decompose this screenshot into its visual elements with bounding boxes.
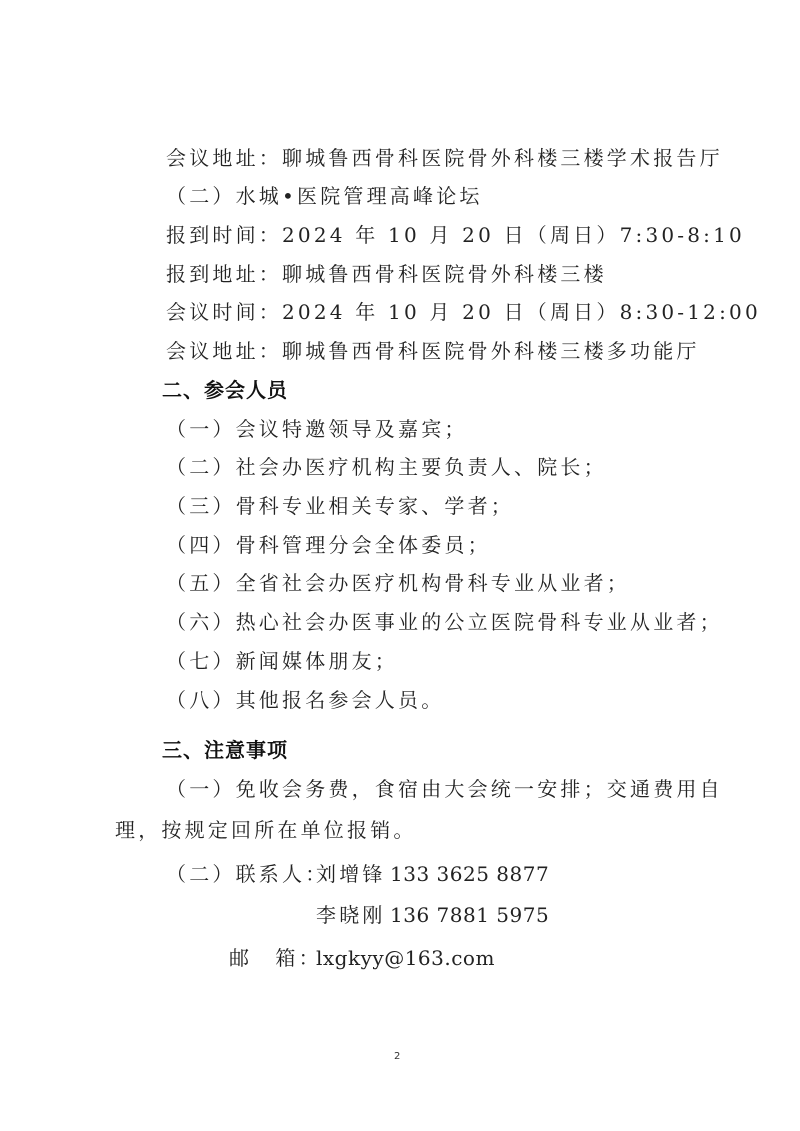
forum-title-line: （二）水城•医院管理高峰论坛 (166, 184, 483, 208)
email-label: 邮 箱： (229, 946, 322, 970)
document-page: 会议地址：聊城鲁西骨科医院骨外科楼三楼学术报告厅 （二）水城•医院管理高峰论坛 … (0, 0, 800, 1131)
registration-time-line: 报到时间：2024 年 10 月 20 日（周日）7:30-8:10 (166, 223, 745, 247)
contact-phone-2: 136 7881 5975 (390, 903, 549, 927)
contact-name-2: 李晓刚 (316, 903, 386, 927)
attendee-item: （三）骨科专业相关专家、学者； (166, 494, 514, 518)
attendee-item: （四）骨科管理分会全体委员； (166, 533, 491, 557)
contact-name-1: 刘增锋 (316, 862, 386, 886)
attendee-item: （七）新闻媒体朋友； (166, 649, 398, 673)
registration-address-line: 报到地址：聊城鲁西骨科医院骨外科楼三楼 (166, 262, 607, 286)
contact-label: （二）联系人： (166, 862, 328, 886)
attendee-item: （二）社会办医疗机构主要负责人、院长； (166, 455, 607, 479)
meeting-address-line-1: 会议地址：聊城鲁西骨科医院骨外科楼三楼学术报告厅 (166, 146, 723, 170)
attendee-item: （五）全省社会办医疗机构骨科专业从业者； (166, 571, 630, 595)
email-address: lxgkyy@163.com (316, 946, 495, 970)
page-number: 2 (394, 1051, 400, 1062)
meeting-address-line-2: 会议地址：聊城鲁西骨科医院骨外科楼三楼多功能厅 (166, 339, 700, 363)
section-heading-notes: 三、注意事项 (162, 738, 288, 762)
note-item-1-line-2: 理，按规定回所在单位报销。 (115, 818, 417, 842)
attendee-item: （六）热心社会办医事业的公立医院骨科专业从业者； (166, 610, 723, 634)
attendee-item: （一）会议特邀领导及嘉宾； (166, 417, 468, 441)
contact-phone-1: 133 3625 8877 (390, 862, 549, 886)
attendee-item: （八）其他报名参会人员。 (166, 688, 444, 712)
section-heading-attendees: 二、参会人员 (162, 378, 288, 402)
note-item-1-line-1: （一）免收会务费，食宿由大会统一安排；交通费用自 (166, 777, 723, 801)
meeting-time-line: 会议时间：2024 年 10 月 20 日（周日）8:30-12:00 (166, 300, 761, 324)
